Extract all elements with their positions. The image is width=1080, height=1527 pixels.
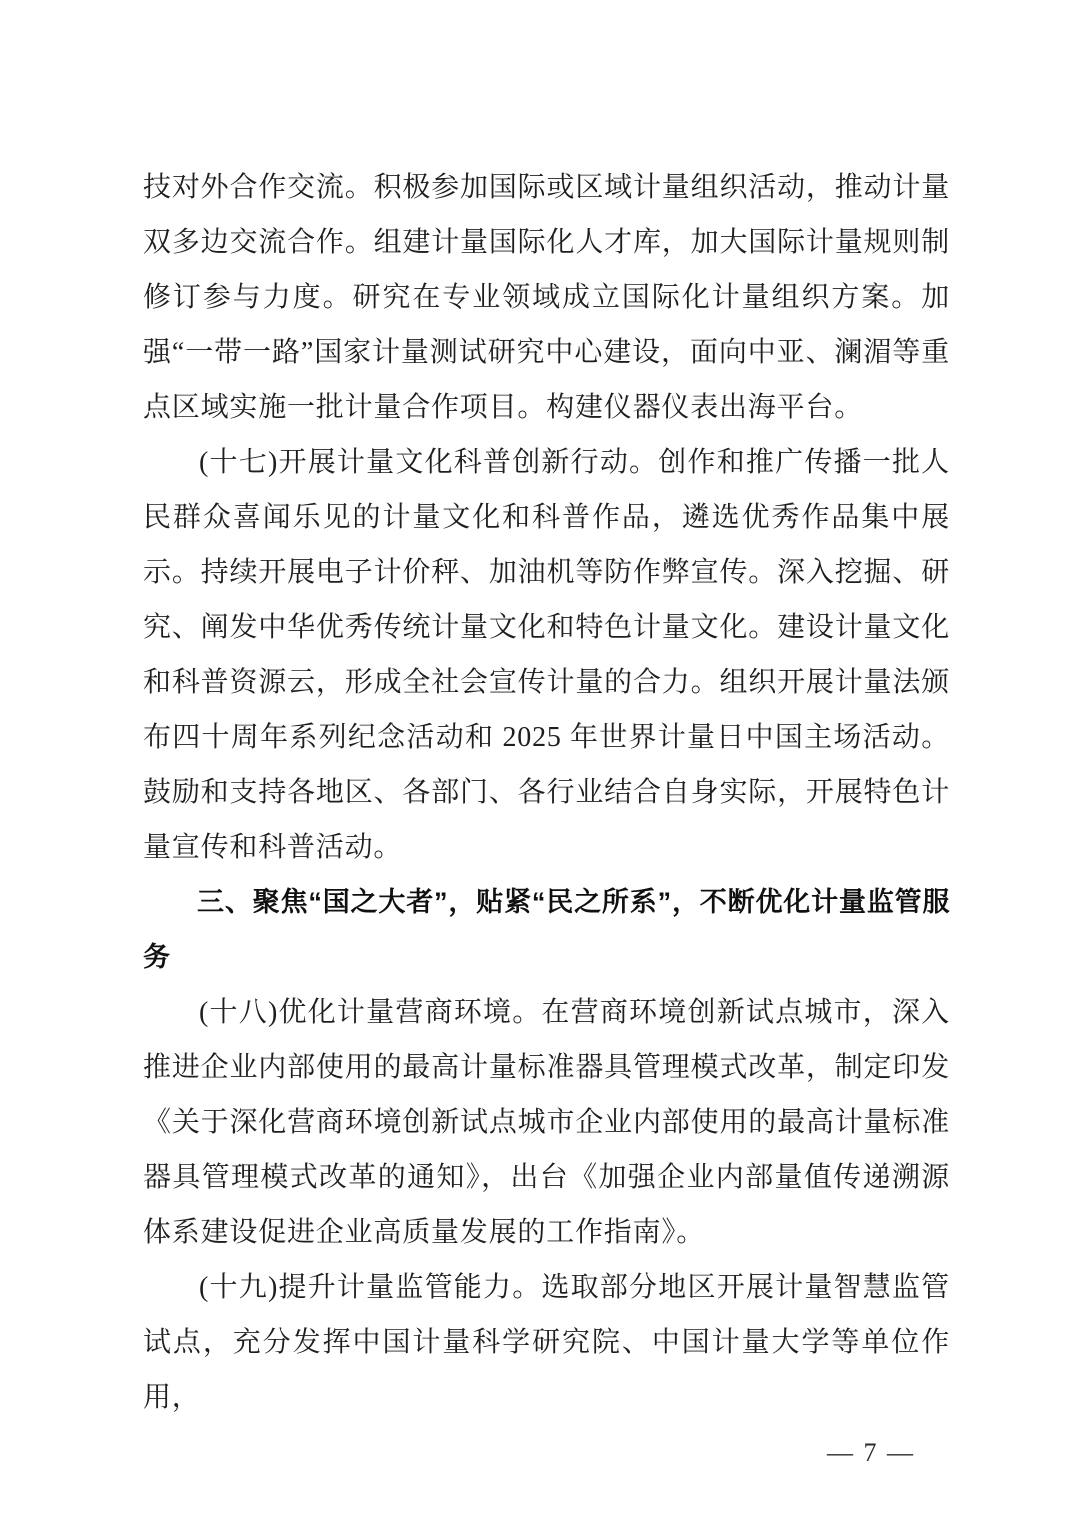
- paragraph-item-17: (十七)开展计量文化科普创新行动。创作和推广传播一批人民群众喜闻乐见的计量文化和…: [143, 435, 950, 875]
- paragraph-item-19: (十九)提升计量监管能力。选取部分地区开展计量智慧监管试点，充分发挥中国计量科学…: [143, 1260, 950, 1425]
- document-page: 技对外合作交流。积极参加国际或区域计量组织活动，推动计量双多边交流合作。组建计量…: [0, 0, 1080, 1527]
- paragraph-item-18: (十八)优化计量营商环境。在营商环境创新试点城市，深入推进企业内部使用的最高计量…: [143, 985, 950, 1260]
- paragraph-continuation: 技对外合作交流。积极参加国际或区域计量组织活动，推动计量双多边交流合作。组建计量…: [143, 160, 950, 435]
- section-heading: 三、聚焦“国之大者”，贴紧“民之所系”，不断优化计量监管服务: [143, 875, 950, 985]
- page-number: — 7 —: [143, 1425, 950, 1480]
